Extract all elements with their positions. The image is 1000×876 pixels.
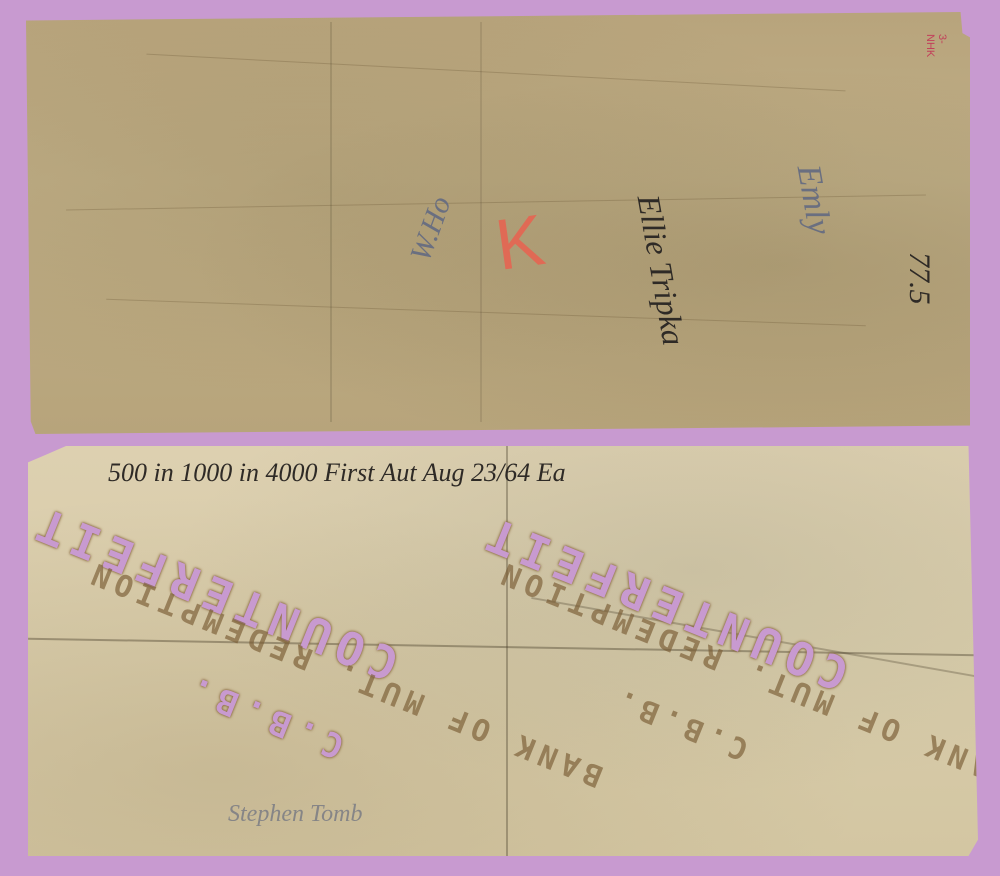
handwritten-note: 500 in 1000 in 4000 First Aut Aug 23/64 …	[108, 458, 566, 488]
paper-crack	[146, 54, 845, 92]
ink-signature: Ellie Tripka	[630, 192, 693, 348]
fold-line	[330, 22, 332, 422]
fold-line	[506, 446, 508, 856]
fold-line	[480, 22, 482, 422]
banknote-back-top: W.Ho K Ellie Tripka Emly 77.5 3-NHK	[26, 12, 970, 434]
banknote-back-bottom: 500 in 1000 in 4000 First Aut Aug 23/64 …	[28, 446, 978, 856]
pencil-signature-bottom: Stephen Tomb	[228, 801, 362, 828]
initials-stamp-right: C.B.B.	[607, 680, 754, 767]
ink-number: 77.5	[902, 252, 936, 305]
red-catalog-number: 3-NHK	[924, 34, 948, 57]
pencil-signature: Emly	[789, 162, 839, 237]
paper-crack	[106, 299, 866, 327]
red-crayon-mark: K	[491, 199, 550, 287]
